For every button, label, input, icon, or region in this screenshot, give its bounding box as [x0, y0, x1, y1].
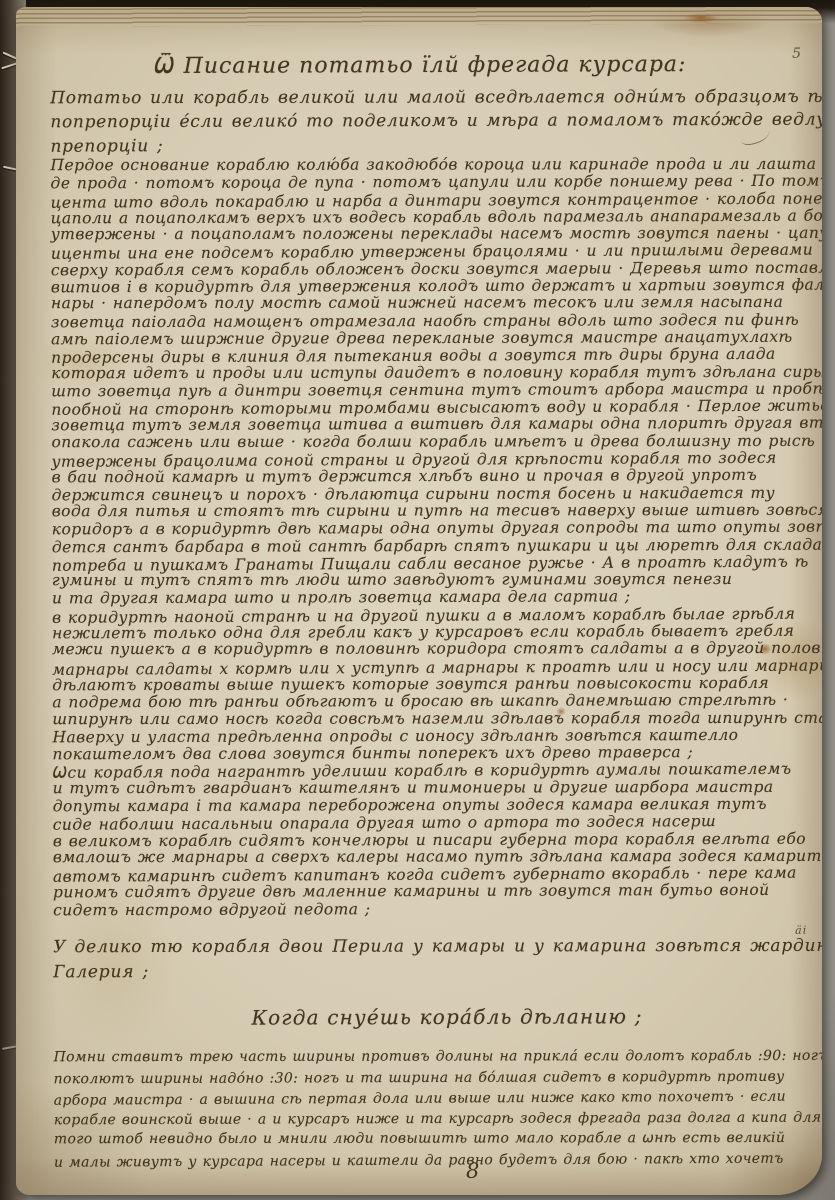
text-line: Галерия ;: [53, 957, 822, 984]
text-line: шпирунѣ или само носѣ когда совсѣмъ назе…: [52, 709, 822, 728]
text-line: вода для питья и стоятъ тѣ сирыни и путѣ…: [52, 502, 822, 521]
text-line: межи пушекъ а в коридуртѣ в половинѣ кор…: [52, 640, 822, 659]
manuscript-page: 5 Ѿ Писание потатьо їлй фрегада курсара:…: [16, 7, 822, 1195]
text-line: того штоб невидно было и мнили люди повы…: [54, 1128, 822, 1150]
text-line: сидетъ настромо вдругой педота ;: [53, 899, 822, 919]
text-line: У делико тю корабля двои Перила у камары…: [53, 934, 822, 959]
text-line: которая идетъ и проды или иступы даидетъ…: [51, 363, 822, 382]
text-line: поколютъ ширины надо́но :30: ногъ и та ш…: [54, 1066, 822, 1089]
chapter-title: Ѿ Писание потатьо їлй фрегада курсара:: [154, 52, 686, 79]
text-line: Помни ставитъ трею часть ширины противъ …: [54, 1046, 822, 1068]
final-paragraph: Помни ставитъ трею часть ширины противъ …: [54, 1046, 822, 1172]
section-heading: Когда снуе́шь кора́бль дѣланию ;: [251, 1004, 642, 1029]
manuscript-photo: 5 Ѿ Писание потатьо їлй фрегада курсара:…: [0, 0, 835, 1200]
galleries-paragraph: У делико тю корабля двои Перила у камары…: [53, 933, 822, 984]
text-line: попрепорціи е́сли велико́ то поделикомъ …: [50, 108, 822, 134]
text-layer: 5 Ѿ Писание потатьо їлй фрегада курсара:…: [50, 7, 802, 1195]
main-paragraph: Пердое основание кораблю колю́ба закодюб…: [50, 155, 822, 919]
marginal-note: ӓі: [795, 924, 807, 937]
text-line: Пердое основание кораблю колю́ба закодюб…: [50, 156, 822, 175]
text-line: арбора маистра · а вышина сѣ пертая дола…: [54, 1086, 822, 1111]
text-line: цента што вдоль покараблю и нарба а динт…: [51, 190, 822, 212]
text-line: марнары салдаты х кормѣ или х уступѣ а м…: [52, 657, 822, 679]
page-number: 8: [466, 1159, 479, 1183]
text-line: и малы живутъ у курсара насеры и каштели…: [54, 1148, 822, 1173]
intro-paragraph: Потатьо или корабль великой или малой вс…: [50, 85, 822, 157]
text-line: нары · напердомъ полу мостѣ самой нижней…: [51, 294, 822, 313]
text-line: корабле воинской выше · а и курсаръ ниже…: [54, 1107, 822, 1130]
folio-number: 5: [792, 46, 801, 62]
text-line: и тутъ сидѣтъ гвардианъ каштелянъ и тимо…: [53, 778, 822, 797]
text-line: Потатьо или корабль великой или малой вс…: [50, 86, 822, 110]
text-line: гумины и тутъ спятъ тѣ люди што завѣдуют…: [52, 571, 822, 590]
